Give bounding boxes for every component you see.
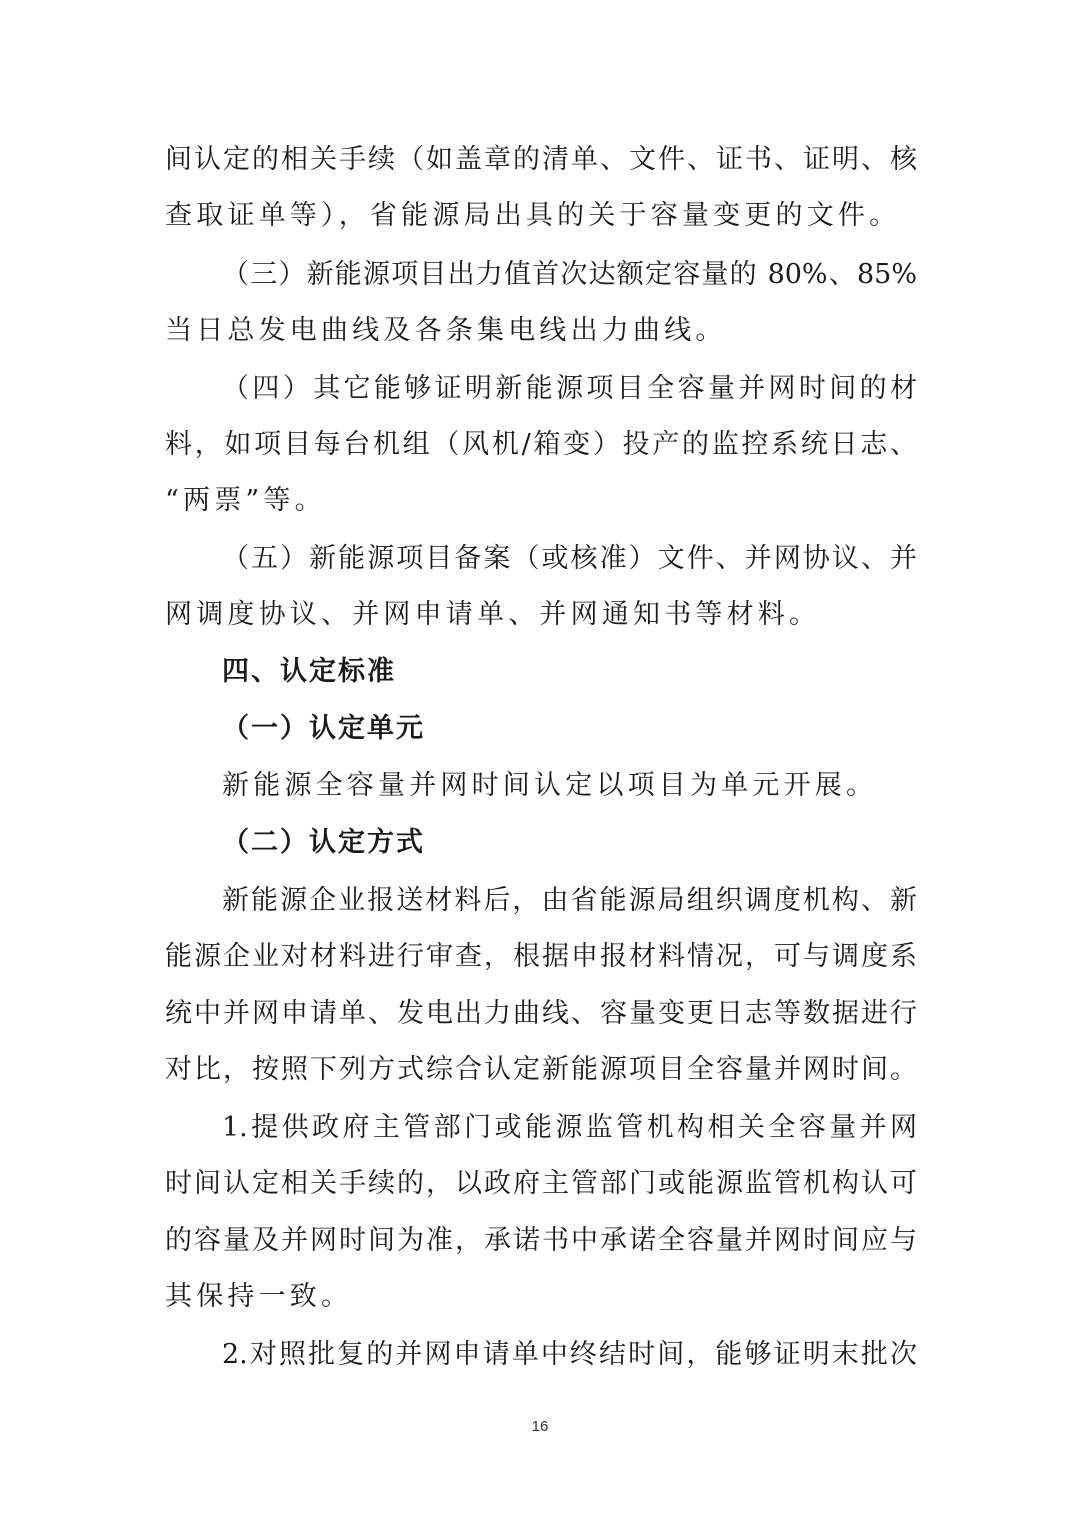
paragraph-line: （四）其它能够证明新能源项目全容量并网时间的材 (222, 371, 917, 407)
document-page: 间认定的相关手续（如盖章的清单、文件、证书、证明、核 查取证单等），省能源局出具… (0, 0, 1080, 1527)
paragraph-line: 的容量及并网时间为准，承诺书中承诺全容量并网时间应与 (165, 1223, 917, 1259)
paragraph-line: “两票”等。 (165, 483, 917, 519)
paragraph-line: 查取证单等），省能源局出具的关于容量变更的文件。 (165, 198, 917, 234)
paragraph-line: 统中并网申请单、发电出力曲线、容量变更日志等数据进行 (165, 996, 917, 1032)
paragraph-line: 对比，按照下列方式综合认定新能源项目全容量并网时间。 (165, 1052, 917, 1088)
page-number: 16 (0, 1418, 1080, 1435)
paragraph-line: 1.提供政府主管部门或能源监管机构相关全容量并网 (222, 1110, 917, 1146)
paragraph-line: 新能源企业报送材料后，由省能源局组织调度机构、新 (222, 883, 917, 919)
paragraph-line: 网调度协议、并网申请单、并网通知书等材料。 (165, 597, 917, 633)
section-heading: 四、认定标准 (222, 654, 917, 690)
subsection-heading: （二）认定方式 (222, 825, 917, 861)
paragraph-line: 2.对照批复的并网申请单中终结时间，能够证明末批次 (222, 1337, 917, 1373)
paragraph-line: 间认定的相关手续（如盖章的清单、文件、证书、证明、核 (165, 142, 917, 178)
paragraph-line: （三）新能源项目出力值首次达额定容量的 80%、85% (222, 257, 917, 293)
paragraph-line: 能源企业对材料进行审查，根据申报材料情况，可与调度系 (165, 939, 917, 975)
paragraph-line: 当日总发电曲线及各条集电线出力曲线。 (165, 313, 917, 349)
paragraph-line: 时间认定相关手续的，以政府主管部门或能源监管机构认可 (165, 1166, 917, 1202)
subsection-heading: （一）认定单元 (222, 711, 917, 747)
paragraph-line: （五）新能源项目备案（或核准）文件、并网协议、并 (222, 541, 917, 577)
paragraph-line: 其保持一致。 (165, 1279, 917, 1315)
paragraph-line: 新能源全容量并网时间认定以项目为单元开展。 (222, 768, 917, 804)
paragraph-line: 料，如项目每台机组（风机/箱变）投产的监控系统日志、 (165, 427, 917, 463)
